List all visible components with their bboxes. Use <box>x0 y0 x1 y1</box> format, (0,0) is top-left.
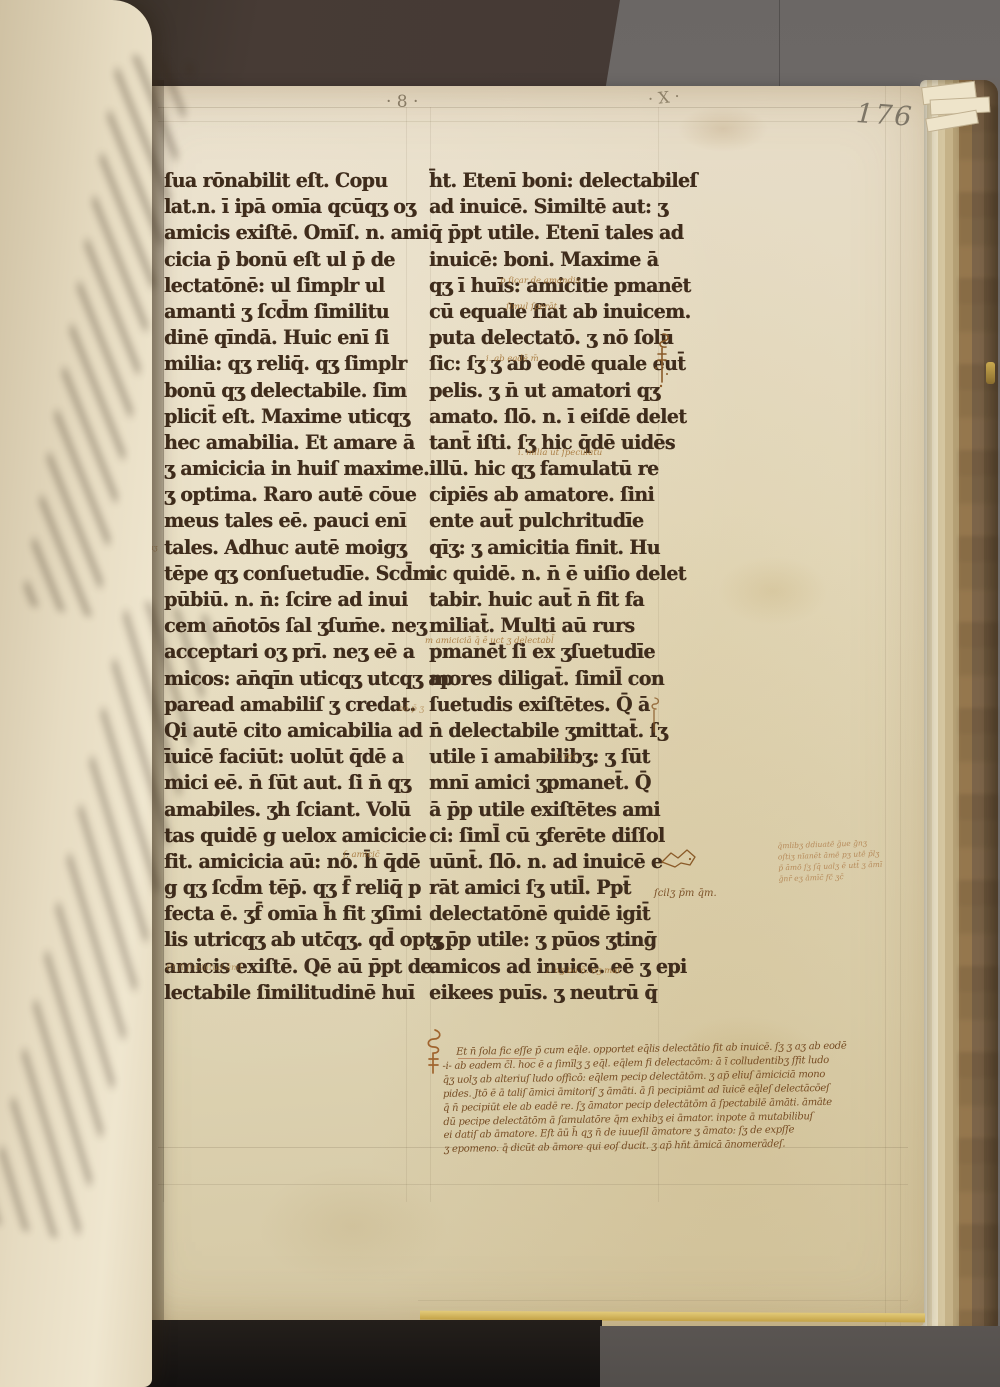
text-line: rāt amici ſʒ util̄. Ppt̄ <box>429 875 689 902</box>
text-column-left: ſua rōnabilit eſt. Copulat.n. ī ipā omīa… <box>164 168 424 1006</box>
text-line: lis utricqʒ ab utc̄qʒ. qd̄ optʒ <box>164 927 424 954</box>
text-line: g qʒ ſcd̄m tēp̄. qʒ f̄ reliq̄ p <box>164 875 424 902</box>
text-line: delectatōnē quidē igit̄ <box>429 901 689 928</box>
interlinear-gloss: m amiciciā q̄ ē uct ʒ delectabl̄ <box>425 636 554 646</box>
interlinear-gloss: ſimul ſperāt <box>506 302 557 312</box>
bottom-shadow <box>132 1320 602 1387</box>
nota-mark-icon <box>652 332 672 392</box>
text-line: Qi autē cito amicabilia ad <box>164 717 424 744</box>
text-line: cicia p̄ bonū eſt ul p̄ de <box>164 246 424 273</box>
text-line: cū equale fiat ab inuicem. <box>429 298 689 325</box>
text-line: inuicē: boni. Maxime ā <box>429 246 689 273</box>
text-line: mores diligat̄. ſimil̄ con <box>429 665 689 692</box>
marginal-gloss: nō p̄ ʒ <box>398 704 424 714</box>
text-line: tabir. huic aut̄ n̄ fit fa <box>429 586 689 613</box>
text-line: ci: ſiml̄ cū ʒferēte diſſol <box>429 822 689 849</box>
ruling-line <box>158 107 908 108</box>
text-line: ic quidē. n. n̄ ē uiſio delet <box>429 560 689 587</box>
text-line: ʒ optima. Raro autē cōue <box>164 482 424 509</box>
scilicet-margin-note: ſcilʒ p̄m q̄m. <box>654 888 717 899</box>
ruling-line <box>158 121 908 122</box>
text-line: plicit̄ eſt. Maxime uticqʒ <box>164 403 424 430</box>
text-line: qīʒ: ʒ amicitia finit. Hu <box>429 534 689 561</box>
text-line: pūbiū. n. n̄: ſcire ad inui <box>164 586 424 613</box>
interlinear-gloss: Et ſi ſimilitud āmī <box>166 963 242 973</box>
text-line: eikees puīs. ʒ neutrū q̄ <box>429 979 689 1006</box>
text-line: ſic: ſʒ ʒ ab eodē quale eut̄ <box>429 351 689 378</box>
text-line: hec amabilia. Et amare ā <box>164 429 424 456</box>
interlinear-gloss: ſ. amicic̄ <box>343 850 380 860</box>
folio-number: 176 <box>855 98 915 133</box>
text-line: ente aut̄ pulchritudīe <box>429 508 689 535</box>
text-line: dinē qīndā. Huic enī ſi <box>164 325 424 352</box>
fore-edge-mottling <box>958 80 998 1336</box>
facing-page-blurred <box>0 0 152 1387</box>
text-line: ſua rōnabilit eſt. Copu <box>164 167 424 194</box>
bottom-backdrop <box>600 1326 1000 1387</box>
text-line: illū. hic qʒ famulatū re <box>429 456 689 483</box>
text-line: tēpe qʒ conſuetudīe. Scd̄m <box>164 560 424 587</box>
interlinear-gloss: i. nʒ bo n̄. nʒ mal <box>546 966 620 976</box>
ruling-line <box>900 86 901 1326</box>
text-line: amicis exiſtē. Omīſ. n. ami <box>164 220 424 247</box>
text-line: fit. amicicia aū: nō. h̄ q̄dē <box>164 848 424 875</box>
text-line: ʒ amicicia in huiſ maxime. <box>164 456 424 483</box>
text-line: mnī amici ʒpmanet̄. Q̄ <box>429 770 689 797</box>
quire-mark: · 8 · <box>386 92 418 112</box>
text-line: fecta ē. ʒf̄ omīa h̄ fit ʒſimi <box>164 901 424 928</box>
manuscript-photo: · 8 · · X · 176 ſua rōnabilit eſt. Copul… <box>0 0 1000 1387</box>
text-column-right: h̄t. Etenī boni: delectabileſad inuicē. … <box>429 168 689 1006</box>
text-line: cipiēs ab amatore. ſini <box>429 482 689 509</box>
text-line: q̄ p̄pt utile. Etenī tales ad <box>429 220 689 247</box>
text-line: lat.n. ī ipā omīa qcūqʒ oʒ <box>164 194 424 221</box>
top-x-mark: · X · <box>647 86 681 108</box>
bottom-annotation-block: Et n̄ ſola fic eſſe p̄ cum eq̄le. opport… <box>442 1040 824 1157</box>
text-line: ʒ p̄p utile: ʒ pūos ʒtinḡ <box>429 927 689 954</box>
text-line: h̄t. Etenī boni: delectabileſ <box>429 167 689 194</box>
text-line: amabiles. ʒh ſciant. Volū <box>164 796 424 823</box>
text-line: lectatōnē: ul ſimplr ul <box>164 272 424 299</box>
vellum-stain <box>718 556 828 626</box>
text-line: lectabile ſimilitudinē huī <box>164 979 424 1006</box>
text-line: uūnt̄. ſlō. n. ad inuicē e <box>429 848 689 875</box>
ruling-line <box>418 1300 908 1301</box>
text-line: tales. Adhuc autē moigʒ <box>164 534 424 561</box>
right-margin-note: q̄mlibʒ ddiuatē ḡue ḡnʒoſtiʒ nīanēt āmē … <box>777 836 918 885</box>
text-line: milia: qʒ reliq̄. qʒ ſimplr <box>164 351 424 378</box>
vellum-stain <box>678 106 768 152</box>
text-line: īuicē faciūt: uolūt q̄dē a <box>164 744 424 771</box>
text-line: meus tales eē. pauci enī <box>164 508 424 535</box>
text-line: puta delectatō. ʒ nō ſolū <box>429 325 689 352</box>
ruling-line <box>158 1184 908 1185</box>
text-line: amato. ſlō. n. ī eiſdē delet <box>429 403 689 430</box>
text-line: pelis. ʒ n̄ ut amatori qʒ <box>429 377 689 404</box>
backdrop-seam <box>779 0 780 92</box>
text-line: tas quidē g uelox amicicie <box>164 822 424 849</box>
interlinear-gloss: ſ. mī <box>556 752 575 762</box>
binding-clasp <box>986 362 995 384</box>
text-line: bonū qʒ delectabile. ſim <box>164 377 424 404</box>
text-line: ā p̄p utile exiſtētes ami <box>429 796 689 823</box>
text-line: amanti ʒ ſcd̄m ſimilitu <box>164 298 424 325</box>
text-line: ad inuicē. Similtē aut: ʒ <box>429 194 689 221</box>
interlinear-gloss: p ſicar de amandis <box>500 276 580 286</box>
interlinear-gloss: i. ab eadē m̄ <box>486 354 539 364</box>
fore-edge-page-stack <box>920 80 998 1336</box>
text-line: mici eē. n̄ ſūt aut. ſi n̄ qʒ <box>164 770 424 797</box>
animal-head-doodle-icon <box>660 846 700 872</box>
manuscript-page-recto: · 8 · · X · 176 ſua rōnabilit eſt. Copul… <box>118 86 924 1326</box>
ruling-line <box>885 86 886 1326</box>
nota-mark-icon <box>646 696 662 736</box>
interlinear-gloss: i. milia ut ſpeculatū <box>518 448 602 458</box>
